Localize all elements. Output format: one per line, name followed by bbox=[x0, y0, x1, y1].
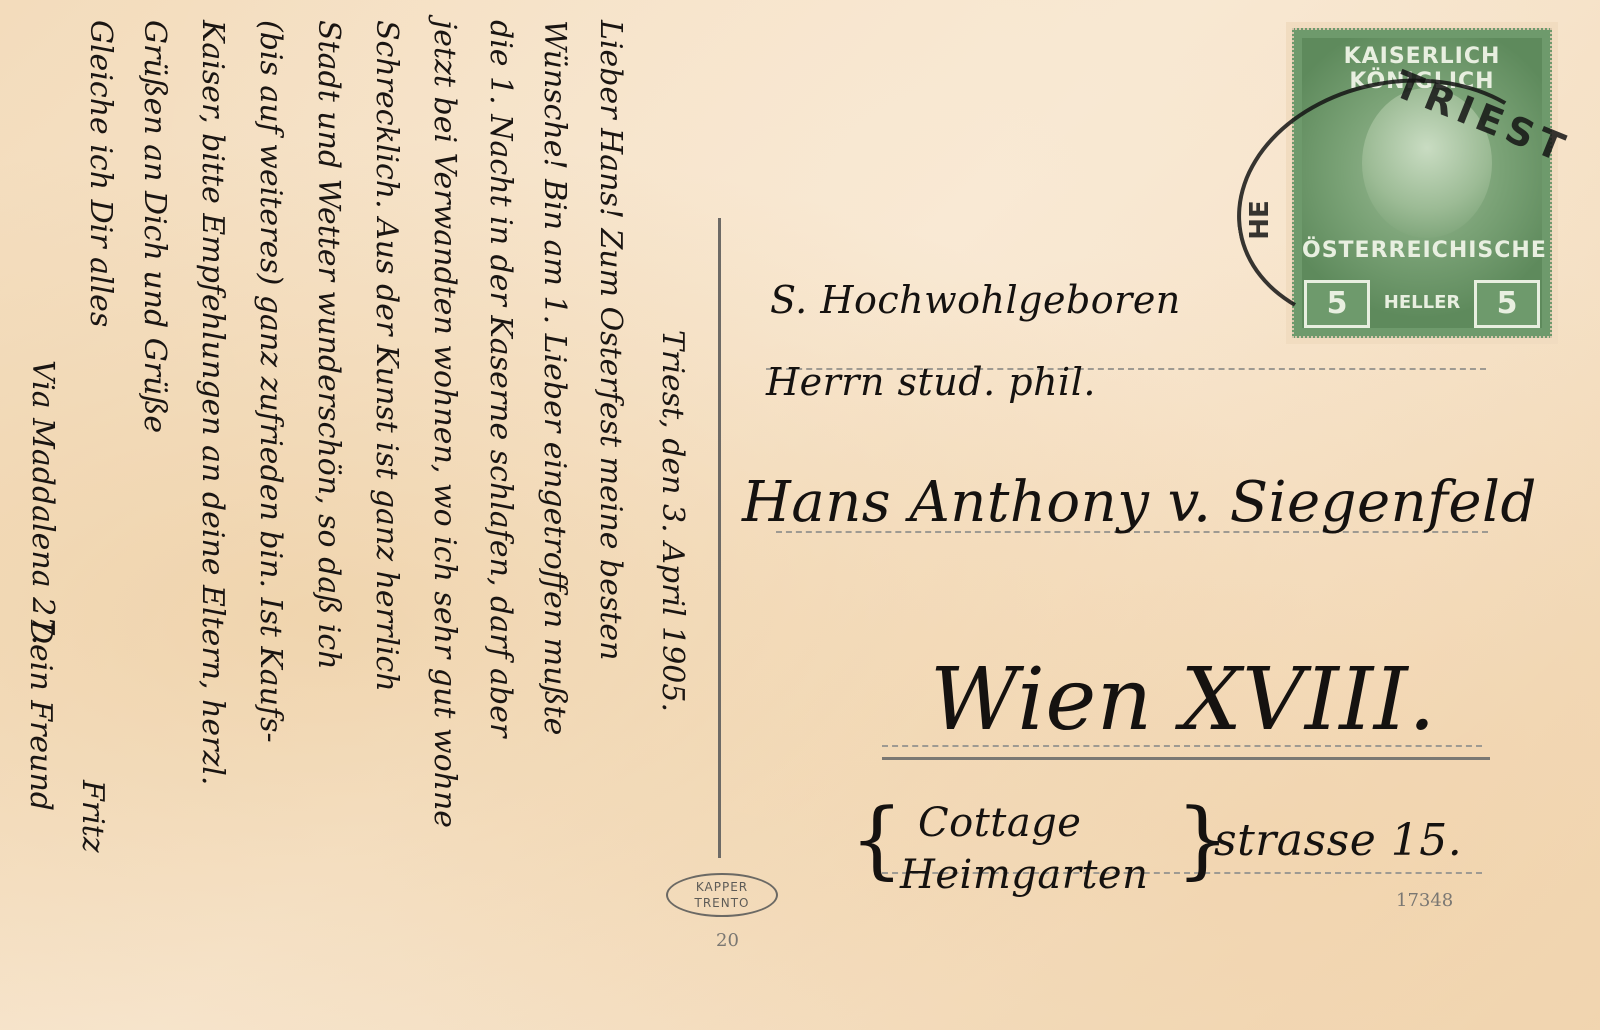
printed-number-right: 17348 bbox=[1396, 890, 1453, 911]
address-city: Wien XVIII. bbox=[930, 650, 1436, 750]
message-dateline: Triest, den 3. April 1905. bbox=[655, 330, 690, 712]
postmark-side-text: HE bbox=[1245, 200, 1275, 240]
message-signature-name: Fritz bbox=[75, 780, 110, 853]
message-address-footer: Via Maddalena 27. bbox=[25, 360, 60, 645]
message-line: jetzt bei Verwandten wohnen, wo ich sehr… bbox=[427, 20, 462, 828]
message-line: die 1. Nacht in der Kaserne schlafen, da… bbox=[483, 20, 518, 737]
message-line: Wünsche! Bin am 1. Lieber eingetroffen m… bbox=[537, 20, 572, 735]
publisher-city: TRENTO bbox=[668, 895, 776, 911]
center-divider bbox=[718, 218, 721, 858]
publisher-name: KAPPER bbox=[668, 879, 776, 895]
message-signature: Dein Freund bbox=[23, 620, 58, 811]
message-line: Grüßen an Dich und Grüße bbox=[137, 20, 172, 433]
address-street-line1: Cottage bbox=[918, 800, 1081, 846]
address-honorific: S. Hochwohlgeboren bbox=[770, 278, 1181, 322]
printed-number-center: 20 bbox=[716, 930, 739, 951]
address-recipient-name: Hans Anthony v. Siegenfeld bbox=[742, 470, 1537, 535]
message-line: Kaiser, bitte Empfehlungen an deine Elte… bbox=[195, 20, 230, 785]
address-street-right: strasse 15. bbox=[1214, 815, 1462, 866]
address-rule-solid bbox=[882, 757, 1490, 760]
address-title: Herrn stud. phil. bbox=[766, 360, 1096, 404]
message-line: (bis auf weiteres) ganz zufrieden bin. I… bbox=[253, 20, 288, 743]
address-street-line2: Heimgarten bbox=[900, 852, 1148, 898]
message-line: Gleiche ich Dir alles bbox=[83, 20, 118, 327]
message-line: Schrecklich. Aus der Kunst ist ganz herr… bbox=[369, 20, 404, 692]
publisher-stamp: KAPPER TRENTO bbox=[666, 873, 778, 917]
message-line: Stadt und Wetter wunderschön, so daß ich bbox=[311, 20, 346, 670]
postcard-back: Triest, den 3. April 1905. Lieber Hans! … bbox=[0, 0, 1600, 1030]
address-brace-left: { bbox=[850, 790, 904, 888]
message-line: Lieber Hans! Zum Osterfest meine besten bbox=[593, 20, 628, 661]
